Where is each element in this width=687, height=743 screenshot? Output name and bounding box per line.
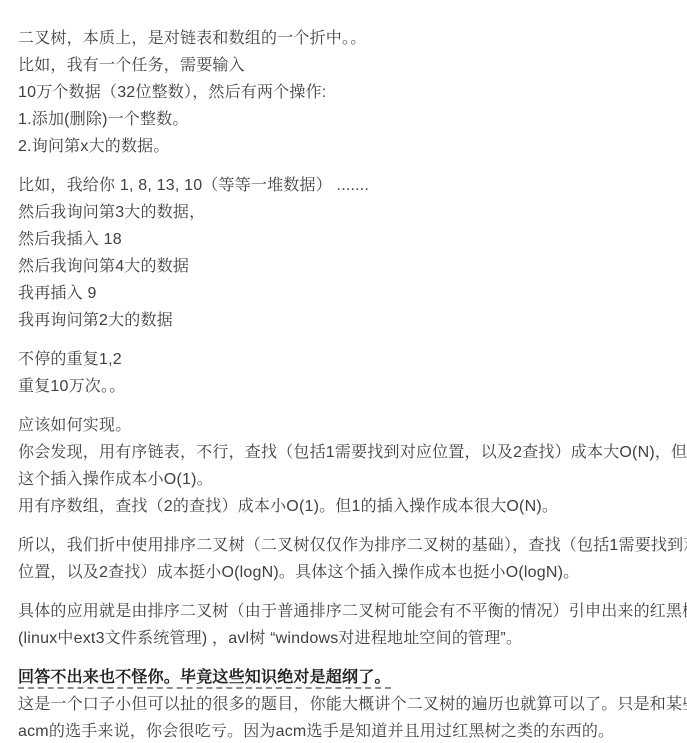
paragraph-example: 比如，我给你 1, 8, 13, 10（等等一堆数据） ....... 然后我询… [18, 172, 669, 334]
text-line: 二叉树，本质上，是对链表和数组的一个折中。。 [18, 25, 669, 52]
text-line: 我再询问第2大的数据 [18, 307, 669, 334]
text-line: 这个插入操作成本小O(1)。 [18, 466, 669, 493]
text-line: 位置，以及2查找）成本挺小O(logN)。具体这个插入操作成本也挺小O(logN… [18, 559, 669, 586]
text-line: 然后我询问第4大的数据 [18, 253, 669, 280]
paragraph-intro: 二叉树，本质上，是对链表和数组的一个折中。。 比如，我有一个任务，需要输入 10… [18, 25, 669, 160]
paragraph-repeat: 不停的重复1,2 重复10万次。。 [18, 346, 669, 400]
text-line: 这是一个口子小但可以扯的很多的题目，你能大概讲个二叉树的遍历也就算可以了。只是和… [18, 691, 669, 718]
article-body: 二叉树，本质上，是对链表和数组的一个折中。。 比如，我有一个任务，需要输入 10… [0, 0, 687, 743]
text-line: (linux中ext3文件系统管理) ，avl树 “windows对进程地址空间… [18, 625, 669, 652]
emphasis-line: 回答不出来也不怪你。毕竟这些知识绝对是超纲了。 [18, 664, 669, 691]
text-line: 比如，我有一个任务，需要输入 [18, 52, 669, 79]
text-line: 10万个数据（32位整数），然后有两个操作: [18, 79, 669, 106]
text-line: 然后我询问第3大的数据， [18, 199, 669, 226]
text-line: 具体的应用就是由排序二叉树（由于普通排序二叉树可能会有不平衡的情况）引申出来的红… [18, 598, 669, 625]
paragraph-implementation: 应该如何实现。 你会发现，用有序链表，不行，查找（包括1需要找到对应位置，以及2… [18, 412, 669, 520]
paragraph-applications: 具体的应用就是由排序二叉树（由于普通排序二叉树可能会有不平衡的情况）引申出来的红… [18, 598, 669, 652]
text-line: 你会发现，用有序链表，不行，查找（包括1需要找到对应位置，以及2查找）成本大O(… [18, 439, 669, 466]
text-line: 2.询问第x大的数据。 [18, 133, 669, 160]
text-line: acm的选手来说，你会很吃亏。因为acm选手是知道并且用过红黑树之类的东西的。 [18, 718, 669, 743]
text-line: 所以，我们折中使用排序二叉树（二叉树仅仅作为排序二叉树的基础），查找（包括1需要… [18, 532, 669, 559]
text-line: 应该如何实现。 [18, 412, 669, 439]
text-line: 我再插入 9 [18, 280, 669, 307]
paragraph-sorted-binary-tree: 所以，我们折中使用排序二叉树（二叉树仅仅作为排序二叉树的基础），查找（包括1需要… [18, 532, 669, 586]
text-line: 然后我插入 18 [18, 226, 669, 253]
text-line: 重复10万次。。 [18, 373, 669, 400]
text-line: 不停的重复1,2 [18, 346, 669, 373]
highlighted-warning-text: 回答不出来也不怪你。毕竟这些知识绝对是超纲了。 [18, 669, 391, 689]
text-line: 比如，我给你 1, 8, 13, 10（等等一堆数据） ....... [18, 172, 669, 199]
text-line: 1.添加(删除)一个整数。 [18, 106, 669, 133]
text-line: 用有序数组，查找（2的查找）成本小O(1)。但1的插入操作成本很大O(N)。 [18, 493, 669, 520]
paragraph-conclusion: 回答不出来也不怪你。毕竟这些知识绝对是超纲了。 这是一个口子小但可以扯的很多的题… [18, 664, 669, 743]
